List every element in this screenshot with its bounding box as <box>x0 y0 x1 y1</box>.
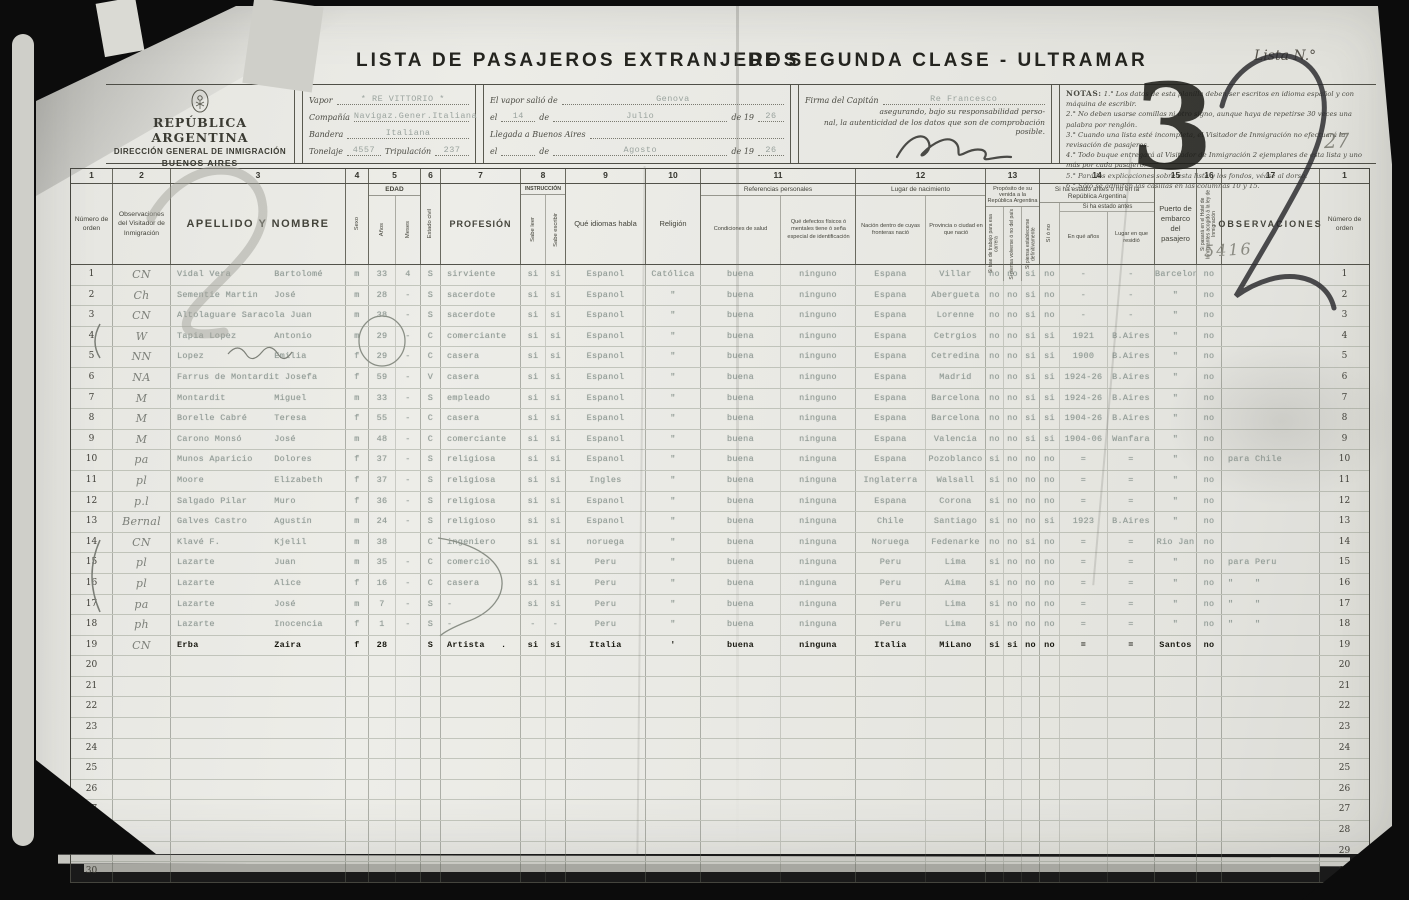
header-proposito-b: Si piensa volverse ó no del país <box>1010 209 1016 280</box>
table-cell: si <box>521 492 546 512</box>
table-cell <box>1155 677 1197 697</box>
header-condiciones-salud: Condiciones de salud <box>713 226 769 233</box>
table-cell: Espanol <box>566 347 646 367</box>
col-num: 15 <box>1155 169 1197 183</box>
table-cell <box>171 656 346 676</box>
table-row: 18phLazarte Inocenciaf1-S---Peru"buenani… <box>71 615 1369 636</box>
row-number: 11 <box>1320 471 1369 491</box>
table-cell: = <box>1108 533 1155 553</box>
header-sabe-leer: Sabe leer <box>530 217 536 242</box>
table-cell <box>1022 780 1040 800</box>
table-cell: casera <box>441 574 521 594</box>
table-cell: si <box>546 409 566 429</box>
table-cell: 16 <box>369 574 396 594</box>
table-cell: ninguno <box>781 368 856 388</box>
form-page: LISTA DE PASAJEROS EXTRANJEROS DE SEGUND… <box>36 6 1392 854</box>
table-cell <box>1060 656 1108 676</box>
table-cell: 37 <box>369 471 396 491</box>
table-cell <box>986 862 1004 882</box>
row-number: 15 <box>1320 553 1369 573</box>
table-cell: - <box>441 615 521 635</box>
table-cell: no <box>1040 553 1060 573</box>
row-number: 14 <box>1320 533 1369 553</box>
row-number: 16 <box>1320 574 1369 594</box>
table-cell: Cetredina <box>926 347 986 367</box>
table-cell <box>421 842 441 862</box>
table-cell <box>1004 862 1022 882</box>
table-cell <box>441 697 521 717</box>
table-cell: si <box>986 512 1004 532</box>
header-instruccion: INSTRUCCIÓN <box>521 184 565 195</box>
table-cell: buena <box>701 368 781 388</box>
table-cell: Altolaguare Saracola Juan <box>171 306 346 326</box>
table-cell: Lazarte José <box>171 595 346 615</box>
table-cell: no <box>1197 553 1222 573</box>
table-cell: = <box>1108 492 1155 512</box>
tripulacion-value: 237 <box>435 145 469 155</box>
table-cell <box>926 656 986 676</box>
table-cell <box>346 718 369 738</box>
table-cell <box>421 739 441 759</box>
col-num: 1 <box>1320 169 1369 183</box>
table-cell <box>1155 862 1197 882</box>
table-cell <box>346 842 369 862</box>
table-cell <box>171 697 346 717</box>
table-cell <box>1040 780 1060 800</box>
table-cell: 33 <box>369 265 396 285</box>
table-cell <box>396 697 421 717</box>
table-cell <box>986 780 1004 800</box>
table-cell <box>1222 759 1320 779</box>
table-cell <box>1060 862 1108 882</box>
table-cell <box>646 718 701 738</box>
table-cell: no <box>1040 265 1060 285</box>
table-cell: Espanol <box>566 450 646 470</box>
table-cell: no <box>1040 450 1060 470</box>
captain-name-value: Re Francesco <box>883 94 1046 104</box>
table-cell: no <box>1004 368 1022 388</box>
col-num: 11 <box>701 169 856 183</box>
table-cell <box>1197 821 1222 841</box>
table-cell: Klavé F. Kjelil <box>171 533 346 553</box>
table-cell <box>566 862 646 882</box>
table-cell: f <box>346 492 369 512</box>
table-cell <box>546 780 566 800</box>
table-cell: Bernal p.l <box>113 512 171 532</box>
table-cell: no <box>1004 409 1022 429</box>
table-cell: no <box>1197 286 1222 306</box>
table-cell: Sementie Martin José <box>171 286 346 306</box>
table-cell: si <box>546 471 566 491</box>
table-cell: no <box>1040 306 1060 326</box>
table-cell <box>521 739 546 759</box>
table-cell: religiosa <box>441 492 521 512</box>
table-cell: CN <box>113 636 171 656</box>
table-cell <box>421 800 441 820</box>
table-cell <box>1040 656 1060 676</box>
salio-label: El vapor salió de <box>490 96 562 105</box>
table-cell: no <box>1197 595 1222 615</box>
table-cell: 28 <box>369 636 396 656</box>
table-cell: no <box>986 368 1004 388</box>
table-row: 2727 <box>71 800 1369 821</box>
table-cell: 59 <box>369 368 396 388</box>
table-cell <box>781 677 856 697</box>
table-cell: Peru <box>566 595 646 615</box>
table-cell <box>441 842 521 862</box>
table-row: 12p.lSalgado Pilar Murof36-Sreligiosasis… <box>71 492 1369 513</box>
row-number: 13 <box>71 512 113 532</box>
table-cell: si <box>986 615 1004 635</box>
salio-day-line: 14 <box>501 110 535 122</box>
row-number: 17 <box>1320 595 1369 615</box>
row-number: 4 <box>71 327 113 347</box>
table-cell <box>1197 800 1222 820</box>
table-cell <box>1155 739 1197 759</box>
table-cell: no <box>1197 327 1222 347</box>
table-cell: " <box>646 368 701 388</box>
row-number: 6 <box>71 368 113 388</box>
table-cell <box>1022 759 1040 779</box>
table-cell: Carono Monsó José <box>171 430 346 450</box>
table-cell <box>566 739 646 759</box>
table-cell <box>369 862 396 882</box>
table-cell <box>1108 821 1155 841</box>
table-cell: B.Aires <box>1108 327 1155 347</box>
passenger-table: 1 2 3 4 5 6 7 8 9 10 11 12 13 14 15 16 1… <box>70 168 1370 883</box>
table-row: 4WTapia Lopez Antoniom29-Ccomerciantesis… <box>71 327 1369 348</box>
table-cell: Espana <box>856 389 926 409</box>
table-cell: m <box>346 553 369 573</box>
table-cell <box>441 759 521 779</box>
table-cell: si <box>546 389 566 409</box>
table-cell: no <box>1197 430 1222 450</box>
table-cell: Espana <box>856 368 926 388</box>
table-cell: Munos Aparicio Dolores <box>171 450 346 470</box>
table-row: 13Bernal p.lGalves Castro Agustínm24-Sre… <box>71 512 1369 533</box>
table-cell: Cetrgios <box>926 327 986 347</box>
table-cell <box>1222 862 1320 882</box>
table-cell <box>346 862 369 882</box>
table-cell: m <box>346 306 369 326</box>
table-cell: no <box>986 533 1004 553</box>
table-cell: - <box>396 574 421 594</box>
table-cell <box>1108 862 1155 882</box>
header-anos: Años <box>379 223 385 236</box>
table-cell: si <box>986 595 1004 615</box>
table-cell: C <box>421 533 441 553</box>
table-cell: - <box>396 492 421 512</box>
table-cell: f <box>346 368 369 388</box>
table-cell: no <box>1004 615 1022 635</box>
table-cell: m <box>346 327 369 347</box>
table-cell <box>1004 739 1022 759</box>
table-row: 5NNLopez Emiliaf29-CcaserasisiEspanol"bu… <box>71 347 1369 368</box>
row-number: 22 <box>1320 697 1369 717</box>
header-proposito: Propósito de su venida a la República Ar… <box>986 184 1039 207</box>
table-cell: Espanol <box>566 512 646 532</box>
table-cell: " <box>1155 553 1197 573</box>
table-row: 2121 <box>71 677 1369 698</box>
table-cell: - <box>1060 265 1108 285</box>
table-cell: 36 <box>369 492 396 512</box>
table-cell: " <box>646 450 701 470</box>
table-cell <box>369 842 396 862</box>
table-cell: si <box>986 574 1004 594</box>
table-cell: no <box>1197 265 1222 285</box>
table-cell <box>546 656 566 676</box>
table-cell <box>1022 739 1040 759</box>
table-cell: no <box>1040 574 1060 594</box>
table-cell: ninguna <box>781 430 856 450</box>
table-cell: Lazarte Inocencia <box>171 615 346 635</box>
table-cell <box>1004 821 1022 841</box>
table-cell: f <box>346 615 369 635</box>
table-cell <box>781 759 856 779</box>
table-cell: " <box>646 533 701 553</box>
table-cell: si <box>1022 327 1040 347</box>
table-cell: si <box>521 368 546 388</box>
table-cell: buena <box>701 430 781 450</box>
table-cell <box>171 739 346 759</box>
salio-year-line: 26 <box>758 110 784 122</box>
table-cell: para Peru <box>1222 553 1320 573</box>
tripulacion-label: Tripulación <box>381 147 435 156</box>
table-cell <box>1222 821 1320 841</box>
table-cell: - <box>396 615 421 635</box>
table-cell <box>521 677 546 697</box>
table-cell <box>1108 739 1155 759</box>
row-number: 30 <box>71 862 113 882</box>
table-cell <box>171 842 346 862</box>
table-cell <box>346 821 369 841</box>
de-label: de <box>535 113 553 122</box>
table-cell <box>1155 780 1197 800</box>
header-en-que-anos: En qué años <box>1067 234 1100 241</box>
table-cell <box>396 677 421 697</box>
row-number: 25 <box>1320 759 1369 779</box>
lista-number-label: Lista N.° <box>1254 48 1316 64</box>
table-cell: M <box>113 389 171 409</box>
page-title-left: LISTA DE PASAJEROS EXTRANJEROS <box>356 50 799 72</box>
table-cell: 29 <box>369 327 396 347</box>
table-cell <box>113 780 171 800</box>
table-cell <box>1004 677 1022 697</box>
col-num: 13 <box>986 169 1040 183</box>
table-cell: Espana <box>856 409 926 429</box>
table-cell: " <box>646 512 701 532</box>
table-cell: ninguna <box>781 492 856 512</box>
table-cell <box>421 759 441 779</box>
table-cell: ninguna <box>781 636 856 656</box>
table-cell: pa <box>113 595 171 615</box>
table-cell: = <box>1060 595 1108 615</box>
table-cell: si <box>521 265 546 285</box>
table-cell: Espana <box>856 347 926 367</box>
table-cell <box>346 656 369 676</box>
table-cell <box>646 821 701 841</box>
table-cell: si <box>546 574 566 594</box>
table-cell: Tapia Lopez Antonio <box>171 327 346 347</box>
table-cell <box>521 697 546 717</box>
table-cell <box>441 718 521 738</box>
table-cell <box>566 842 646 862</box>
table-cell <box>1222 347 1320 367</box>
table-cell: C <box>421 553 441 573</box>
table-cell: - <box>521 615 546 635</box>
table-cell: buena <box>701 615 781 635</box>
table-cell: no <box>1197 615 1222 635</box>
row-number: 17 <box>71 595 113 615</box>
salio-month-value: Julio <box>553 111 727 121</box>
table-cell <box>781 697 856 717</box>
table-cell <box>781 780 856 800</box>
table-cell: MiLano <box>926 636 986 656</box>
table-cell: no <box>1197 492 1222 512</box>
col-num: 8 <box>521 169 566 183</box>
table-cell <box>1222 718 1320 738</box>
table-cell: = <box>1108 595 1155 615</box>
header-lugar-nacimiento: Lugar de nacimiento <box>856 184 985 196</box>
table-cell <box>1004 697 1022 717</box>
table-cell: - <box>1108 306 1155 326</box>
table-cell <box>1222 265 1320 285</box>
compania-line: Navigaz.Gener.Italiana <box>354 110 469 122</box>
table-cell <box>1022 842 1040 862</box>
table-cell: Lopez Emilia <box>171 347 346 367</box>
table-cell <box>646 677 701 697</box>
table-cell <box>1004 656 1022 676</box>
table-cell: 37 <box>369 450 396 470</box>
table-cell <box>566 697 646 717</box>
row-number: 26 <box>1320 780 1369 800</box>
table-row: 9MCarono Monsó Josém48-CcomerciantesisiE… <box>71 430 1369 451</box>
table-cell <box>1060 718 1108 738</box>
table-cell: - <box>1060 286 1108 306</box>
row-number: 12 <box>71 492 113 512</box>
table-cell <box>926 780 986 800</box>
table-cell: si <box>546 306 566 326</box>
table-cell: sirviente <box>441 265 521 285</box>
table-cell: = <box>1108 574 1155 594</box>
table-cell: Borelle Cabré Teresa <box>171 409 346 429</box>
table-cell <box>1108 759 1155 779</box>
table-cell <box>856 842 926 862</box>
table-cell: Peru <box>566 553 646 573</box>
table-cell: empleado <box>441 389 521 409</box>
table-cell <box>1040 842 1060 862</box>
table-cell <box>421 697 441 717</box>
table-row: 2ChSementie Martin Josém28-Ssacerdotesis… <box>71 286 1369 307</box>
table-cell: p.l <box>113 492 171 512</box>
table-cell: si <box>1040 347 1060 367</box>
table-cell: " <box>1155 389 1197 409</box>
col-num: 14 <box>1040 169 1155 183</box>
table-cell: no <box>1197 512 1222 532</box>
divider <box>1051 85 1060 163</box>
table-cell: " <box>646 615 701 635</box>
table-cell <box>171 759 346 779</box>
table-cell <box>171 677 346 697</box>
page-title-right: DE SEGUNDA CLASE - ULTRAMAR <box>748 50 1148 72</box>
table-cell <box>1060 697 1108 717</box>
table-cell <box>369 800 396 820</box>
table-cell <box>1060 677 1108 697</box>
table-cell: no <box>1022 595 1040 615</box>
table-cell <box>1222 492 1320 512</box>
table-cell <box>421 656 441 676</box>
lleg-month-value: Agosto <box>553 145 727 155</box>
table-cell: no <box>1004 553 1022 573</box>
llegada-line <box>590 127 784 139</box>
table-cell: f <box>346 450 369 470</box>
table-row: 3030 <box>71 862 1369 882</box>
table-cell <box>521 842 546 862</box>
table-cell: " <box>646 389 701 409</box>
table-cell <box>1040 697 1060 717</box>
table-cell: no <box>1004 595 1022 615</box>
table-cell: Noruega <box>856 533 926 553</box>
col-num: 9 <box>566 169 646 183</box>
table-cell: B.Aires <box>1108 409 1155 429</box>
row-number: 6 <box>1320 368 1369 388</box>
table-cell <box>1040 718 1060 738</box>
book-spine-page-edge <box>12 34 34 846</box>
table-cell <box>396 800 421 820</box>
table-cell: ninguno <box>781 347 856 367</box>
table-cell: si <box>521 347 546 367</box>
table-cell: no <box>986 389 1004 409</box>
table-cell: comerciante <box>441 327 521 347</box>
header-edad: EDAD <box>369 184 420 196</box>
table-cell <box>441 862 521 882</box>
table-cell <box>566 800 646 820</box>
table-cell <box>856 697 926 717</box>
table-cell: si <box>1022 286 1040 306</box>
row-number: 12 <box>1320 492 1369 512</box>
table-cell: comercio <box>441 553 521 573</box>
table-cell <box>346 759 369 779</box>
table-cell: " <box>1155 286 1197 306</box>
table-cell: S <box>421 512 441 532</box>
table-cell: - <box>396 409 421 429</box>
table-cell: Lorenne <box>926 306 986 326</box>
table-cell <box>1040 677 1060 697</box>
table-cell: - <box>546 615 566 635</box>
table-cell: no <box>986 306 1004 326</box>
header-si-o-no: Sí ó no <box>1046 224 1052 242</box>
row-number: 1 <box>71 265 113 285</box>
header-proposito-c: Si piensa establecerse definitivamente <box>1026 207 1037 281</box>
table-cell: buena <box>701 492 781 512</box>
row-number: 3 <box>71 306 113 326</box>
scanned-passenger-list: LISTA DE PASAJEROS EXTRANJEROS DE SEGUND… <box>0 0 1409 900</box>
table-cell <box>1155 800 1197 820</box>
table-cell <box>646 800 701 820</box>
table-cell: f <box>346 574 369 594</box>
table-cell: W <box>113 327 171 347</box>
table-cell: Espanol <box>566 327 646 347</box>
compania-label: Compañía <box>309 113 354 122</box>
table-cell: 38 <box>369 306 396 326</box>
table-cell: no <box>1022 471 1040 491</box>
table-cell <box>346 697 369 717</box>
table-cell: " <box>1155 471 1197 491</box>
table-cell: ninguna <box>781 533 856 553</box>
table-cell: buena <box>701 512 781 532</box>
table-cell <box>1155 821 1197 841</box>
lleg-year-line: 26 <box>758 144 784 156</box>
